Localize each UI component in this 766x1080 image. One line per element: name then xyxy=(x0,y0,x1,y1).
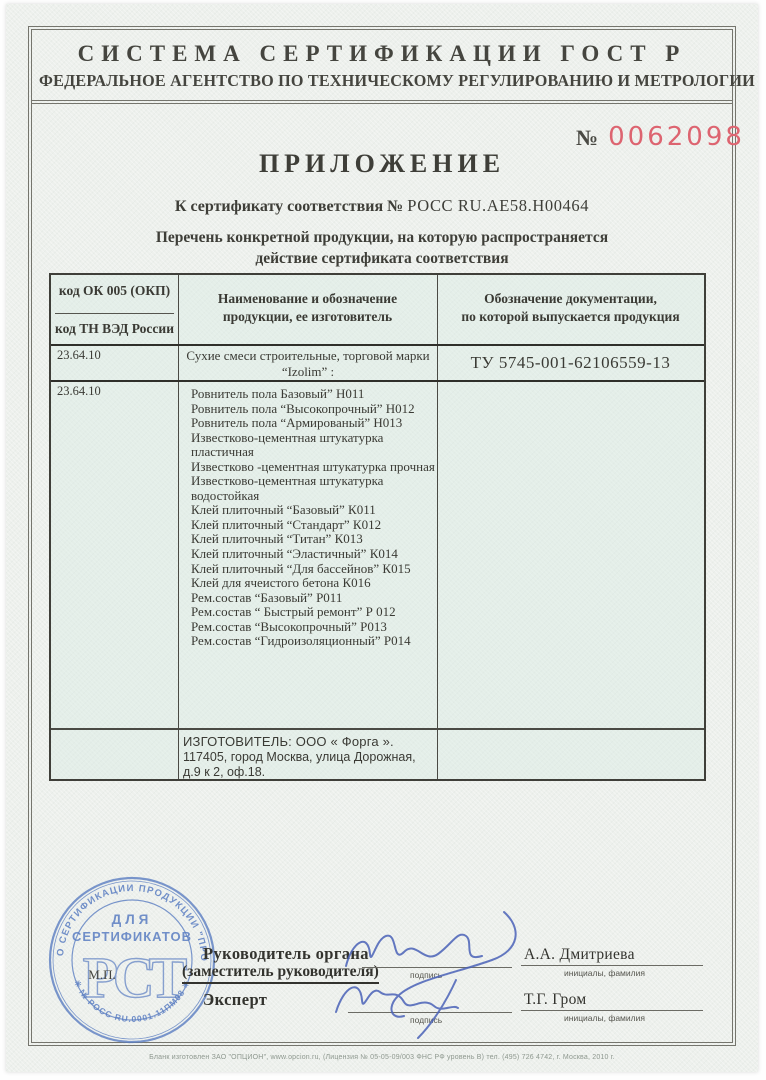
manufacturer-row-divider xyxy=(51,728,704,730)
header-product-name: Наименование и обозначение продукции, ее… xyxy=(178,290,437,326)
scope-line-1: Перечень конкретной продукции, на котору… xyxy=(32,227,732,248)
product-list-item: Ровнитель пола “Высокопрочный” Н012 xyxy=(191,402,437,417)
product-list-item: Ровнитель пола Базовый” Н011 xyxy=(191,387,437,402)
product-list-item: Рем.состав “Гидроизоляционный” Р014 xyxy=(191,634,437,649)
expert-name: Т.Г. Гром xyxy=(524,991,586,1009)
row1-product-name: Сухие смеси строительные, торговой марки… xyxy=(183,348,433,379)
product-list-item: Клей плиточный “Базовый” К011 xyxy=(191,503,437,518)
header-product-name-line2: продукции, ее изготовитель xyxy=(178,308,437,326)
number-digits: 0062098 xyxy=(608,122,745,152)
product-list-item: Рем.состав “Базовый” Р011 xyxy=(191,591,437,606)
product-list-item: Клей плиточный “Стандарт” К012 xyxy=(191,518,437,533)
manufacturer-address-line1: 117405, город Москва, улица Дорожная, xyxy=(183,750,433,766)
name-caption-2: инициалы, фамилия xyxy=(564,1013,645,1023)
column-divider-2 xyxy=(437,275,438,779)
product-list-item: Клей плиточный “Эластичный” К014 xyxy=(191,547,437,562)
stamp-center-line2: СЕРТИФИКАТОВ xyxy=(72,929,192,944)
header-documentation: Обозначение документации, по которой вып… xyxy=(437,290,704,326)
expert-label: Эксперт xyxy=(203,990,267,1010)
system-title: СИСТЕМА СЕРТИФИКАЦИИ ГОСТ Р xyxy=(32,41,732,67)
product-list-item: Клей для ячеистого бетона К016 xyxy=(191,576,437,591)
deputy-head-label: (заместитель руководителя) xyxy=(182,963,379,984)
document-title: ПРИЛОЖЕНИЕ xyxy=(32,149,732,179)
manufacturer-name: ИЗГОТОВИТЕЛЬ: ООО « Форга ». xyxy=(183,734,433,750)
name-line-2 xyxy=(521,1010,703,1011)
mp-label: М.П. xyxy=(88,967,115,982)
product-list-item: Рем.состав “ Быстрый ремонт” Р 012 xyxy=(191,605,437,620)
certificate-page: СИСТЕМА СЕРТИФИКАЦИИ ГОСТ Р ФЕДЕРАЛЬНОЕ … xyxy=(6,4,758,1072)
name-caption-1: инициалы, фамилия xyxy=(564,968,645,978)
certificate-number: РОСС RU.AE58.H00464 xyxy=(407,196,589,215)
certification-stamp: ОРГАН ПО СЕРТИФИКАЦИИ ПРОДУКЦИИ "ПРОМТЕС… xyxy=(44,872,220,1048)
column-divider-1 xyxy=(178,275,179,779)
signature-caption-1: подпись xyxy=(410,970,442,980)
manufacturer-block: ИЗГОТОВИТЕЛЬ: ООО « Форга ». 117405, гор… xyxy=(183,734,433,781)
signature-line-1 xyxy=(362,967,512,968)
row2-code: 23.64.10 xyxy=(57,384,172,399)
header-product-name-line1: Наименование и обозначение xyxy=(178,290,437,308)
row1-product-name-line2: “Izolim” : xyxy=(183,364,433,380)
row1-divider xyxy=(51,380,704,382)
products-table: код ОК 005 (ОКП) код ТН ВЭД России Наиме… xyxy=(49,273,706,781)
number-sign: № xyxy=(576,125,598,150)
stamp-center-line1: ДЛЯ xyxy=(112,912,153,927)
header-documentation-line1: Обозначение документации, xyxy=(437,290,704,308)
certificate-reference-prefix: К сертификату соответствия № xyxy=(175,198,403,215)
header-documentation-line2: по которой выпускается продукция xyxy=(437,308,704,326)
product-list: Ровнитель пола Базовый” Н011Ровнитель по… xyxy=(191,387,437,649)
row1-code: 23.64.10 xyxy=(57,348,172,363)
product-list-item: Клей плиточный “Титан” К013 xyxy=(191,532,437,547)
name-line-1 xyxy=(521,965,703,966)
product-list-item: Клей плиточный “Для бассейнов” К015 xyxy=(191,562,437,577)
header-row-divider xyxy=(51,344,704,346)
signature-caption-2: подпись xyxy=(410,1015,442,1025)
product-list-item: Известково-цементная штукатурка пластичн… xyxy=(191,431,437,460)
header-code-tnved: код ТН ВЭД России xyxy=(51,321,178,337)
product-list-item: Ровнитель пола “Армированый” Н013 xyxy=(191,416,437,431)
blank-imprint: Бланк изготовлен ЗАО "ОПЦИОН", www.opcio… xyxy=(6,1054,758,1061)
code-header-divider xyxy=(55,313,174,314)
product-list-item: Рем.состав “Высокопрочный” Р013 xyxy=(191,620,437,635)
header-box: СИСТЕМА СЕРТИФИКАЦИИ ГОСТ Р ФЕДЕРАЛЬНОЕ … xyxy=(32,30,732,104)
header-code-okp: код ОК 005 (ОКП) xyxy=(51,283,178,299)
product-list-item: Известково -цементная штукатурка прочная xyxy=(191,460,437,475)
row1-product-name-line1: Сухие смеси строительные, торговой марки xyxy=(183,348,433,364)
signature-line-2 xyxy=(348,1012,512,1013)
document-number: №0062098 xyxy=(576,122,745,152)
head-of-body-label: Руководитель органа xyxy=(203,944,369,964)
certificate-reference: К сертификату соответствия № РОСС RU.AE5… xyxy=(32,196,732,216)
row1-tu-number: ТУ 5745-001-62106559-13 xyxy=(437,353,704,373)
head-name: А.А. Дмитриева xyxy=(524,946,635,964)
agency-title: ФЕДЕРАЛЬНОЕ АГЕНТСТВО ПО ТЕХНИЧЕСКОМУ РЕ… xyxy=(39,71,725,91)
scope-statement: Перечень конкретной продукции, на котору… xyxy=(32,227,732,269)
manufacturer-address-line2: д.9 к 2, оф.18. xyxy=(183,765,433,781)
scope-line-2: действие сертификата соответствия xyxy=(32,248,732,269)
product-list-item: Известково-цементная штукатурка водостой… xyxy=(191,474,437,503)
